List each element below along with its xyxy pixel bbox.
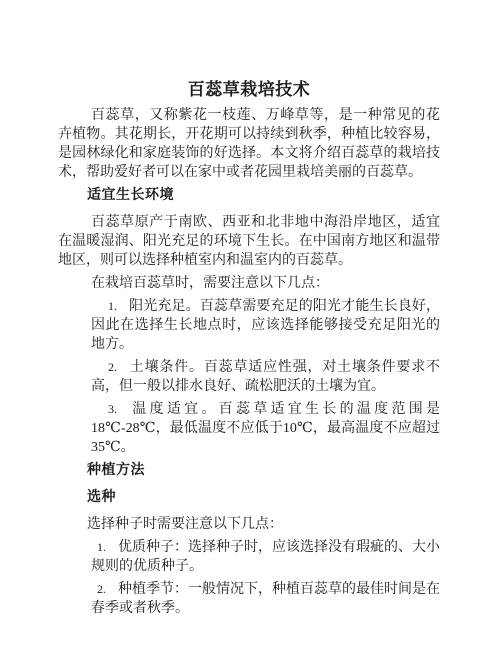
list-item: 3.温度适宜。百蕊草适宜生长的温度范围是18℃-28℃，最低温度不应低于10℃，… (91, 400, 440, 457)
subsection-heading-seed-selection: 选种 (87, 488, 440, 507)
list-item: 1.优质种子：选择种子时，应该选择没有瑕疵的、大小规则的优质种子。 (91, 538, 440, 576)
section-heading-planting: 种植方法 (87, 461, 440, 480)
list-item: 1.阳光充足。百蕊草需要充足的阳光才能生长良好，因此在选择生长地点时，应该选择能… (91, 297, 440, 354)
list-item-number: 2. (108, 360, 117, 374)
document-title: 百蕊草栽培技术 (58, 79, 440, 100)
list-item: 2.土壤条件。百蕊草适应性强，对土壤条件要求不高，但一般以排水良好、疏松肥沃的土… (91, 358, 440, 396)
list-item-text: 种植季节：一般情况下，种植百蕊草的最佳时间是在春季或者秋季。 (91, 582, 440, 616)
section-heading-environment: 适宜生长环境 (87, 186, 440, 205)
list-item-number: 1. (97, 540, 106, 554)
document-page: 百蕊草栽培技术 百蕊草，又称紫花一枝莲、万峰草等，是一种常见的花卉植物。其花期长… (0, 0, 500, 647)
list-item-number: 1. (108, 299, 117, 313)
list-item: 2.种植季节：一般情况下，种植百蕊草的最佳时间是在春季或者秋季。 (91, 580, 440, 618)
environment-paragraph: 百蕊草原产于南欧、西亚和北非地中海沿岸地区，适宜在温暖湿润、阳光充足的环境下生长… (58, 213, 440, 270)
environment-lead-paragraph: 在栽培百蕊草时，需要注意以下几点： (58, 274, 440, 293)
list-item-text: 优质种子：选择种子时，应该选择没有瑕疵的、大小规则的优质种子。 (91, 540, 440, 574)
planting-lead-paragraph: 选择种子时需要注意以下几点： (87, 515, 440, 534)
list-item-text: 温度适宜。百蕊草适宜生长的温度范围是18℃-28℃，最低温度不应低于10℃，最高… (91, 402, 440, 455)
list-item-text: 土壤条件。百蕊草适应性强，对土壤条件要求不高，但一般以排水良好、疏松肥沃的土壤为… (91, 360, 440, 394)
list-item-text: 阳光充足。百蕊草需要充足的阳光才能生长良好，因此在选择生长地点时，应该选择能够接… (91, 299, 440, 352)
intro-paragraph: 百蕊草，又称紫花一枝莲、万峰草等，是一种常见的花卉植物。其花期长，开花期可以持续… (58, 106, 440, 182)
list-item-number: 2. (97, 582, 106, 596)
list-item-number: 3. (108, 402, 117, 416)
